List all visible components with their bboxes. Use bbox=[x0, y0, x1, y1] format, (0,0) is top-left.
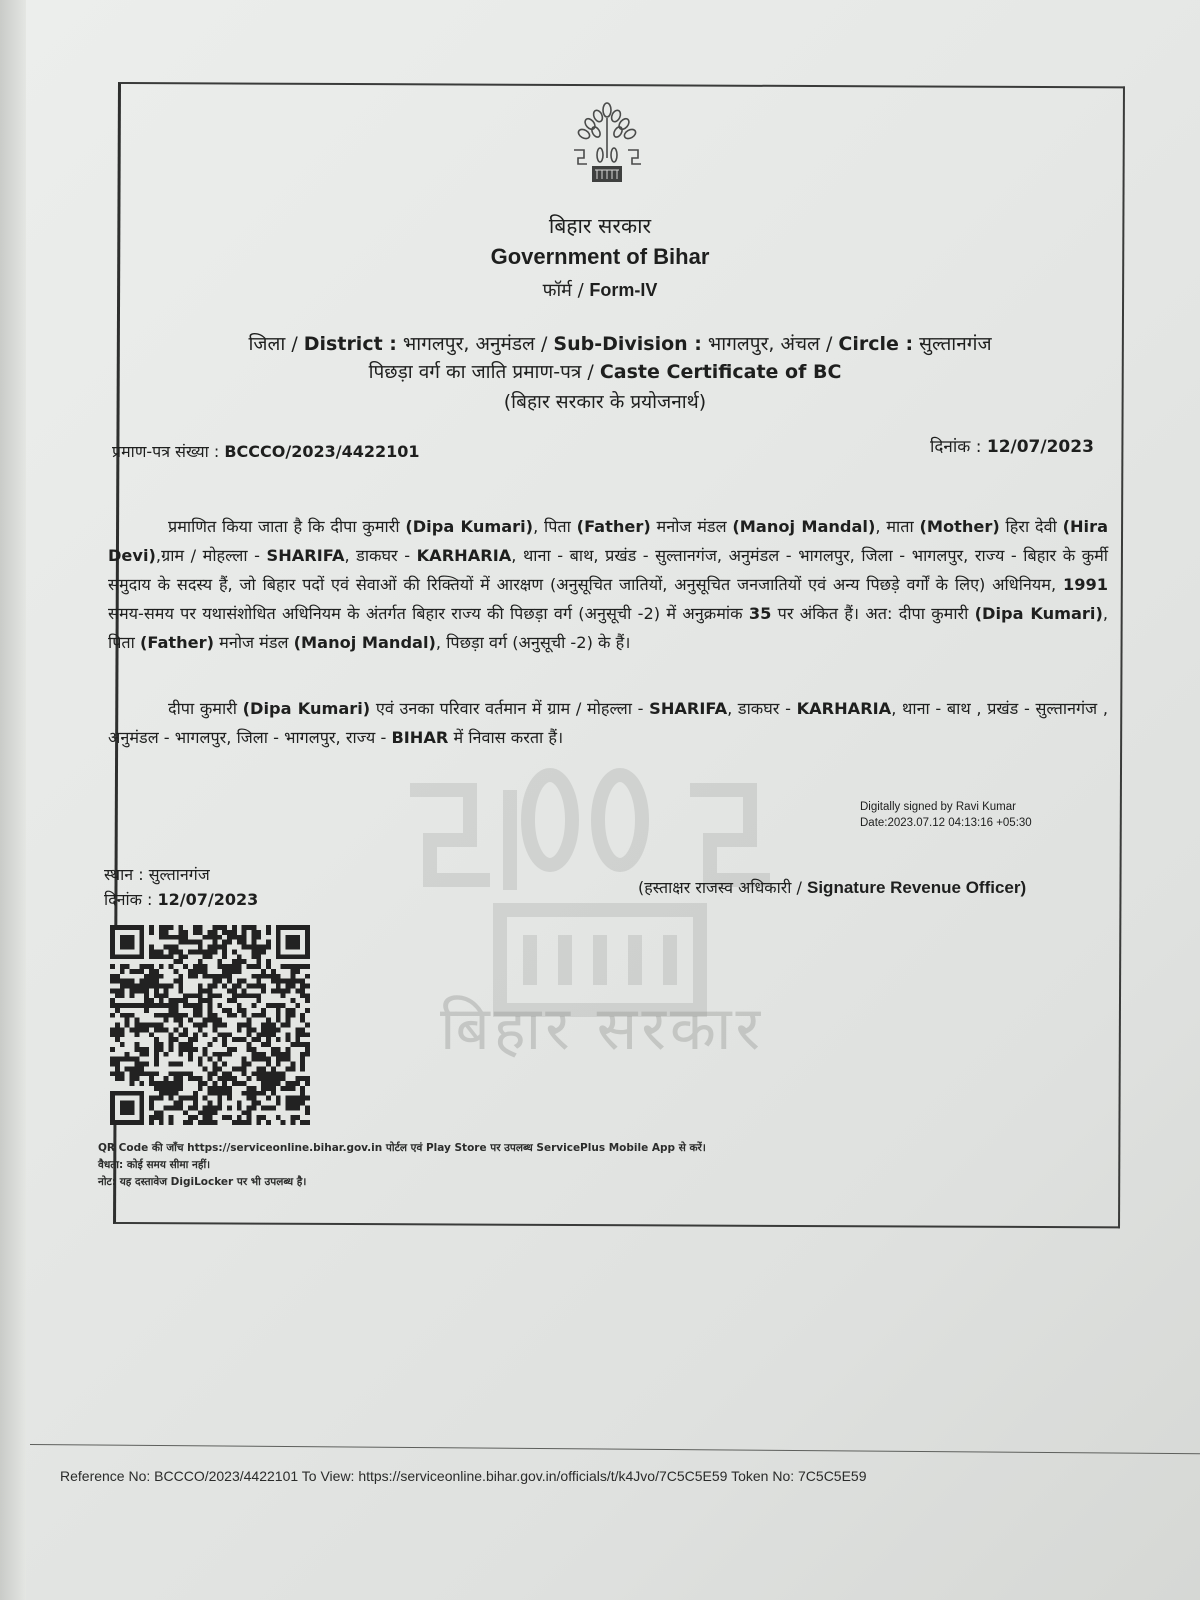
text-run: समय-समय पर यथासंशोधित अधिनियम के अंतर्गत… bbox=[108, 604, 749, 623]
cert-number-value: BCCCO/2023/4422101 bbox=[224, 442, 419, 461]
certificate-body-paragraph: प्रमाणित किया जाता है कि दीपा कुमारी (Di… bbox=[108, 512, 1108, 657]
digilocker-note: नोट: यह दस्तावेज DigiLocker पर भी उपलब्ध… bbox=[98, 1174, 706, 1191]
text-run: , डाकघर - bbox=[344, 546, 416, 565]
govt-title-english: Government of Bihar bbox=[0, 244, 1200, 270]
signature-label: (हस्ताक्षर राजस्व अधिकारी / Signature Re… bbox=[638, 876, 1026, 898]
text-run: हिरा देवी bbox=[1000, 517, 1063, 536]
govt-title-hindi: बिहार सरकार bbox=[0, 212, 1200, 240]
signed-date: Date:2023.07.12 04:13:16 +05:30 bbox=[860, 815, 1032, 831]
text-run: एवं उनका परिवार वर्तमान में ग्राम / मोहल… bbox=[370, 699, 649, 718]
father-name-en: (Manoj Mandal) bbox=[732, 517, 875, 536]
bihar-emblem-icon bbox=[572, 100, 642, 186]
subdivision-label-hi: अनुमंडल / bbox=[475, 333, 553, 355]
qr-check-note: QR Code की जाँच https://serviceonline.bi… bbox=[98, 1140, 706, 1157]
state: BIHAR bbox=[391, 728, 448, 747]
text-run: , पिता bbox=[533, 517, 577, 536]
cert-title-hi: पिछड़ा वर्ग का जाति प्रमाण-पत्र / bbox=[369, 361, 600, 383]
subdivision-label-en: Sub-Division : bbox=[553, 333, 702, 355]
text-run: दीपा कुमारी bbox=[168, 699, 243, 718]
certificate-number: प्रमाण-पत्र संख्या : BCCCO/2023/4422101 bbox=[112, 440, 420, 462]
qr-code[interactable] bbox=[110, 924, 310, 1126]
page-edge bbox=[0, 0, 26, 1600]
certificate-date: दिनांक : 12/07/2023 bbox=[930, 434, 1094, 457]
form-label-english: Form-IV bbox=[589, 280, 657, 300]
text-run: प्रमाणित किया जाता है कि दीपा कुमारी bbox=[168, 517, 405, 536]
validity-note: वैधता: कोई समय सीमा नहीं। bbox=[98, 1157, 706, 1174]
act-year: 1991 bbox=[1063, 575, 1108, 594]
serial-number: 35 bbox=[749, 604, 772, 623]
issue-date-line: दिनांक : 12/07/2023 bbox=[104, 887, 258, 912]
jurisdiction-line: जिला / District : भागलपुर, अनुमंडल / Sub… bbox=[40, 330, 1200, 356]
mother-label: (Mother) bbox=[919, 517, 999, 536]
certificate-purpose: (बिहार सरकार के प्रयोजनार्थ) bbox=[10, 388, 1200, 414]
cert-title-en: Caste Certificate of BC bbox=[600, 361, 842, 383]
issue-date-value: 12/07/2023 bbox=[158, 890, 259, 909]
cert-date-value: 12/07/2023 bbox=[987, 437, 1094, 457]
text-run: , पिछड़ा वर्ग (अनुसूची -2) के हैं। bbox=[436, 633, 630, 652]
applicant-name-en: (Dipa Kumari) bbox=[243, 699, 371, 718]
text-run: पर अंकित हैं। अत: दीपा कुमारी bbox=[771, 604, 974, 623]
certificate-title: पिछड़ा वर्ग का जाति प्रमाण-पत्र / Caste … bbox=[10, 358, 1200, 384]
text-run: ,ग्राम / मोहल्ला - bbox=[156, 546, 267, 565]
cert-number-label: प्रमाण-पत्र संख्या : bbox=[112, 442, 224, 461]
signature-label-en: Signature Revenue Officer) bbox=[807, 878, 1026, 897]
text-run: में निवास करता हैं। bbox=[448, 728, 563, 747]
form-number: फॉर्म / Form-IV bbox=[0, 278, 1200, 302]
signed-by: Digitally signed by Ravi Kumar bbox=[860, 799, 1032, 815]
circle-value: सुल्तानगंज bbox=[913, 333, 991, 355]
district-label-hi: जिला / bbox=[248, 333, 303, 355]
father-label: (Father) bbox=[577, 517, 651, 536]
subdivision-value: भागलपुर, bbox=[702, 333, 781, 355]
village: SHARIFA bbox=[267, 546, 345, 565]
village: SHARIFA bbox=[649, 699, 727, 718]
issue-date-label: दिनांक : bbox=[104, 890, 158, 909]
circle-label-en: Circle : bbox=[838, 333, 913, 355]
form-label-hindi: फॉर्म / bbox=[543, 280, 590, 301]
post-office: KARHARIA bbox=[417, 546, 512, 565]
place-line: स्थान : सुल्तानगंज bbox=[104, 862, 258, 887]
residence-paragraph: दीपा कुमारी (Dipa Kumari) एवं उनका परिवा… bbox=[108, 694, 1108, 752]
verification-notes: QR Code की जाँच https://serviceonline.bi… bbox=[98, 1140, 706, 1191]
father-label: (Father) bbox=[140, 633, 214, 652]
text-run: मनोज मंडल bbox=[214, 633, 294, 652]
text-run: , माता bbox=[875, 517, 919, 536]
footer-divider bbox=[30, 1444, 1200, 1454]
cert-date-label: दिनांक : bbox=[930, 437, 987, 457]
place-and-date: स्थान : सुल्तानगंज दिनांक : 12/07/2023 bbox=[104, 862, 258, 912]
circle-label-hi: अंचल / bbox=[780, 333, 838, 355]
watermark-text: बिहार सरकार bbox=[440, 985, 764, 1067]
text-run: मनोज मंडल bbox=[651, 517, 733, 536]
text-run: , डाकघर - bbox=[727, 699, 796, 718]
signature-label-hi: (हस्ताक्षर राजस्व अधिकारी / bbox=[638, 878, 807, 897]
applicant-name-en: (Dipa Kumari) bbox=[975, 604, 1103, 623]
applicant-name-en: (Dipa Kumari) bbox=[405, 517, 533, 536]
district-label-en: District : bbox=[304, 333, 397, 355]
father-name-en: (Manoj Mandal) bbox=[294, 633, 436, 652]
post-office: KARHARIA bbox=[797, 699, 892, 718]
reference-footer: Reference No: BCCCO/2023/4422101 To View… bbox=[60, 1468, 867, 1484]
digital-signature: Digitally signed by Ravi Kumar Date:2023… bbox=[860, 799, 1032, 831]
district-value: भागलपुर, bbox=[397, 333, 476, 355]
